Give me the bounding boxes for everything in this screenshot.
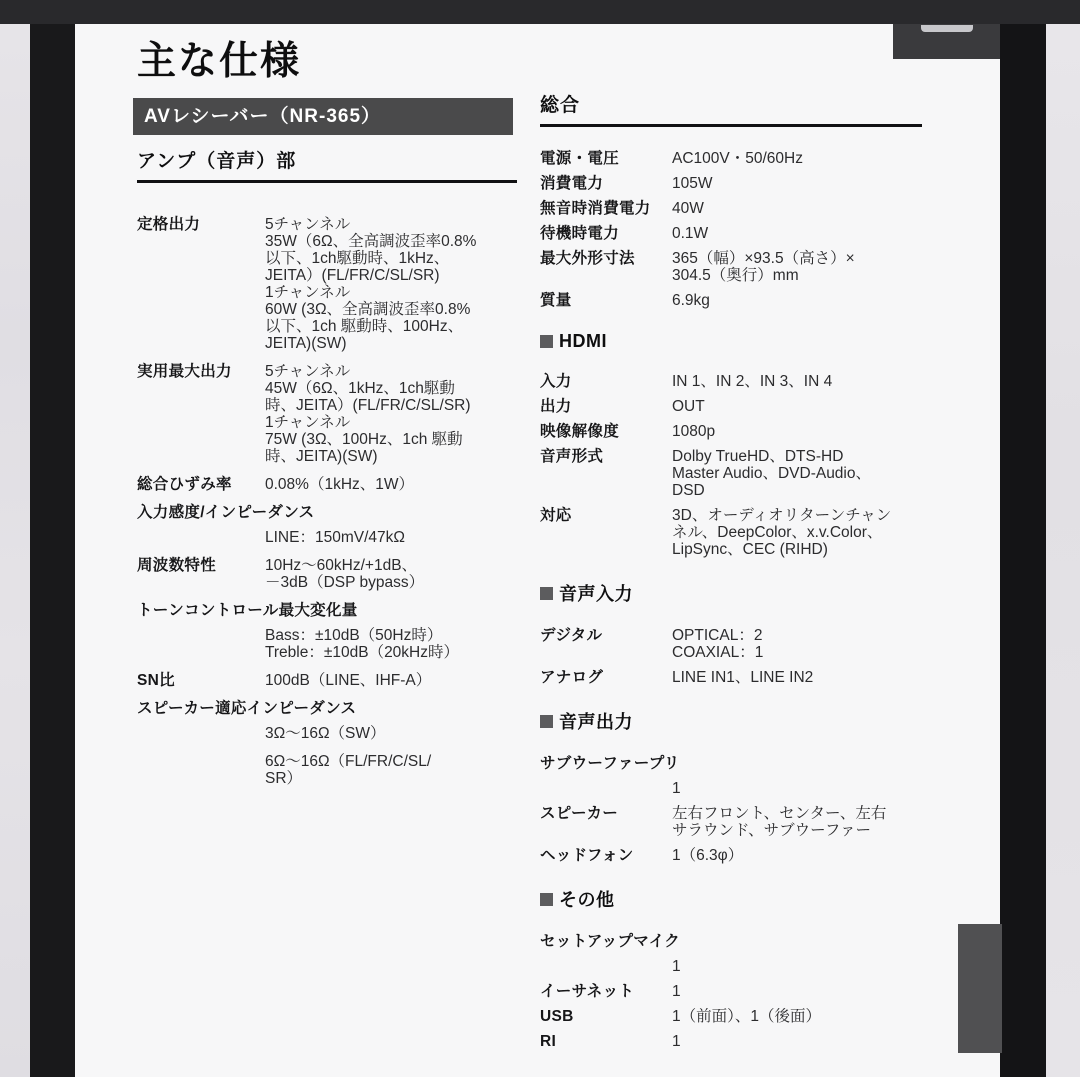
spec-value: 40W <box>672 200 704 217</box>
page-edge-tab-top <box>893 24 1000 59</box>
spec-row: 待機時電力0.1W <box>540 225 922 242</box>
subsection-title: 音声入力 <box>559 580 633 606</box>
spec-row: 周波数特性10Hz～60kHz/+1dB、 －3dB（DSP bypass） <box>137 557 517 591</box>
section-heading-general: 総合 <box>540 90 922 127</box>
spec-row: ヘッドフォン1（6.3φ） <box>540 847 922 864</box>
subsection-title: その他 <box>559 886 615 912</box>
spec-label: 周波数特性 <box>137 557 265 591</box>
other-spec-table: セットアップマイク1イーサネット1USB1（前面）、1（後面）RI1 <box>540 933 922 1050</box>
hdmi-spec-table: 入力IN 1、IN 2、IN 3、IN 4出力OUT映像解像度1080p音声形式… <box>540 373 922 558</box>
spec-label: イーサネット <box>540 983 672 1000</box>
spec-value: LINE：150mV/47kΩ <box>265 529 517 546</box>
spec-label: 音声形式 <box>540 448 672 499</box>
page-edge-tab-bottom <box>958 924 1002 1053</box>
spec-label: ヘッドフォン <box>540 847 672 864</box>
spec-row: 最大外形寸法365（幅）×93.5（高さ）× 304.5（奥行）mm <box>540 250 922 284</box>
spec-label: 消費電力 <box>540 175 672 192</box>
spec-label: サブウーファープリ <box>540 755 922 772</box>
section-heading-amplifier: アンプ（音声）部 <box>137 146 517 183</box>
spec-value: 3D、オーディオリターンチャン ネル、DeepColor、x.v.Color、 … <box>672 507 891 558</box>
audio-input-spec-table: デジタルOPTICAL：2 COAXIAL：1アナログLINE IN1、LINE… <box>540 627 922 686</box>
spec-label: 出力 <box>540 398 672 415</box>
spec-label: 定格出力 <box>137 216 265 352</box>
spec-value: 1 <box>672 983 681 1000</box>
spec-value: 100dB（LINE、IHF-A） <box>265 672 431 689</box>
spec-value: 5チャンネル 45W（6Ω、1kHz、1ch駆動 時、JEITA）(FL/FR/… <box>265 363 471 465</box>
spec-label: 実用最大出力 <box>137 363 265 465</box>
spec-label: 最大外形寸法 <box>540 250 672 284</box>
spec-label: RI <box>540 1033 672 1050</box>
audio-output-spec-table: サブウーファープリ1スピーカー左右フロント、センター、左右 サラウンド、サブウー… <box>540 755 922 864</box>
spec-value: AC100V・50/60Hz <box>672 150 803 167</box>
square-bullet-icon <box>540 587 553 600</box>
subsection-heading-other: その他 <box>540 886 922 912</box>
background-left <box>0 24 30 1077</box>
spec-label: 総合ひずみ率 <box>137 476 265 493</box>
spec-label: 入力感度/インピーダンス <box>137 504 517 521</box>
spec-row: デジタルOPTICAL：2 COAXIAL：1 <box>540 627 922 661</box>
spec-label <box>137 753 265 787</box>
spec-label: スピーカー適応インピーダンス <box>137 700 517 717</box>
spec-row: 音声形式Dolby TrueHD、DTS-HD Master Audio、DVD… <box>540 448 922 499</box>
spec-row: アナログLINE IN1、LINE IN2 <box>540 669 922 686</box>
spec-value: OPTICAL：2 COAXIAL：1 <box>672 627 763 661</box>
spec-row: イーサネット1 <box>540 983 922 1000</box>
spec-label: 待機時電力 <box>540 225 672 242</box>
spec-label: USB <box>540 1008 672 1025</box>
spec-value: OUT <box>672 398 705 415</box>
square-bullet-icon <box>540 893 553 906</box>
spec-label: 映像解像度 <box>540 423 672 440</box>
subsection-title: 音声出力 <box>559 708 633 734</box>
spec-value: LINE IN1、LINE IN2 <box>672 669 813 686</box>
spec-row: トーンコントロール最大変化量Bass：±10dB（50Hz時） Treble：±… <box>137 602 517 661</box>
subsection-heading-hdmi: HDMI <box>540 331 922 352</box>
spec-label: スピーカー <box>540 805 672 839</box>
spec-row: 映像解像度1080p <box>540 423 922 440</box>
spec-row: USB1（前面）、1（後面） <box>540 1008 922 1025</box>
spec-row: 電源・電圧AC100V・50/60Hz <box>540 150 922 167</box>
spec-label: トーンコントロール最大変化量 <box>137 602 517 619</box>
spec-row: SN比100dB（LINE、IHF-A） <box>137 672 517 689</box>
spec-value: 0.08%（1kHz、1W） <box>265 476 414 493</box>
spec-row: 入力感度/インピーダンスLINE：150mV/47kΩ <box>137 504 517 546</box>
square-bullet-icon <box>540 715 553 728</box>
document-page: 主な仕様 AVレシーバー（NR-365） アンプ（音声）部 定格出力5チャンネル… <box>75 24 1000 1077</box>
tab-handle <box>921 25 973 32</box>
amplifier-spec-table: 定格出力5チャンネル 35W（6Ω、全高調波歪率0.8% 以下、1ch駆動時、1… <box>137 216 517 787</box>
spec-label: SN比 <box>137 672 265 689</box>
square-bullet-icon <box>540 335 553 348</box>
spec-label: アナログ <box>540 669 672 686</box>
spec-label: セットアップマイク <box>540 933 922 950</box>
spec-row: 定格出力5チャンネル 35W（6Ω、全高調波歪率0.8% 以下、1ch駆動時、1… <box>137 216 517 352</box>
spec-label: 無音時消費電力 <box>540 200 672 217</box>
spec-label: 電源・電圧 <box>540 150 672 167</box>
spec-label: デジタル <box>540 627 672 661</box>
spec-row: 消費電力105W <box>540 175 922 192</box>
model-badge: AVレシーバー（NR-365） <box>133 98 513 135</box>
general-spec-table: 電源・電圧AC100V・50/60Hz消費電力105W無音時消費電力40W待機時… <box>540 150 922 309</box>
spec-label: 入力 <box>540 373 672 390</box>
spec-value: 左右フロント、センター、左右 サラウンド、サブウーファー <box>672 805 886 839</box>
spec-row: スピーカー適応インピーダンス3Ω～16Ω（SW） <box>137 700 517 742</box>
spec-row: 6Ω～16Ω（FL/FR/C/SL/ SR） <box>137 753 517 787</box>
spec-value: 1（6.3φ） <box>672 847 743 864</box>
spec-row: 対応3D、オーディオリターンチャン ネル、DeepColor、x.v.Color… <box>540 507 922 558</box>
spec-row: 総合ひずみ率0.08%（1kHz、1W） <box>137 476 517 493</box>
page-edge-right <box>1000 24 1046 1077</box>
spec-row: RI1 <box>540 1033 922 1050</box>
background-right <box>1046 24 1080 1077</box>
spec-value: 5チャンネル 35W（6Ω、全高調波歪率0.8% 以下、1ch駆動時、1kHz、… <box>265 216 476 352</box>
spec-row: サブウーファープリ1 <box>540 755 922 797</box>
spec-value: 365（幅）×93.5（高さ）× 304.5（奥行）mm <box>672 250 855 284</box>
spec-label: 質量 <box>540 292 672 309</box>
column-amplifier: アンプ（音声）部 定格出力5チャンネル 35W（6Ω、全高調波歪率0.8% 以下… <box>137 146 517 798</box>
subsection-title: HDMI <box>559 331 607 352</box>
spec-value: 1 <box>672 780 922 797</box>
spec-row: 実用最大出力5チャンネル 45W（6Ω、1kHz、1ch駆動 時、JEITA）(… <box>137 363 517 465</box>
column-general: 総合 電源・電圧AC100V・50/60Hz消費電力105W無音時消費電力40W… <box>540 90 922 1058</box>
spec-value: 1 <box>672 958 922 975</box>
subsection-heading-audio-input: 音声入力 <box>540 580 922 606</box>
spec-row: 質量6.9kg <box>540 292 922 309</box>
spec-value: Bass：±10dB（50Hz時） Treble：±10dB（20kHz時） <box>265 627 517 661</box>
manual-page-viewer: 主な仕様 AVレシーバー（NR-365） アンプ（音声）部 定格出力5チャンネル… <box>0 0 1080 1077</box>
spec-row: 入力IN 1、IN 2、IN 3、IN 4 <box>540 373 922 390</box>
spec-value: 6.9kg <box>672 292 710 309</box>
viewer-top-bar <box>0 0 1080 24</box>
spec-value: 1 <box>672 1033 681 1050</box>
spec-value: 1080p <box>672 423 715 440</box>
subsection-heading-audio-output: 音声出力 <box>540 708 922 734</box>
spec-row: セットアップマイク1 <box>540 933 922 975</box>
spec-value: Dolby TrueHD、DTS-HD Master Audio、DVD-Aud… <box>672 448 871 499</box>
spec-value: 105W <box>672 175 713 192</box>
spec-value: 0.1W <box>672 225 708 242</box>
spec-value: 3Ω～16Ω（SW） <box>265 725 517 742</box>
spec-value: 10Hz～60kHz/+1dB、 －3dB（DSP bypass） <box>265 557 424 591</box>
page-edge-left <box>30 24 75 1077</box>
spec-row: 出力OUT <box>540 398 922 415</box>
spec-row: 無音時消費電力40W <box>540 200 922 217</box>
spec-value: IN 1、IN 2、IN 3、IN 4 <box>672 373 832 390</box>
spec-value: 6Ω～16Ω（FL/FR/C/SL/ SR） <box>265 753 431 787</box>
spec-row: スピーカー左右フロント、センター、左右 サラウンド、サブウーファー <box>540 805 922 839</box>
page-title: 主な仕様 <box>137 30 301 86</box>
spec-label: 対応 <box>540 507 672 558</box>
spec-value: 1（前面）、1（後面） <box>672 1008 821 1025</box>
